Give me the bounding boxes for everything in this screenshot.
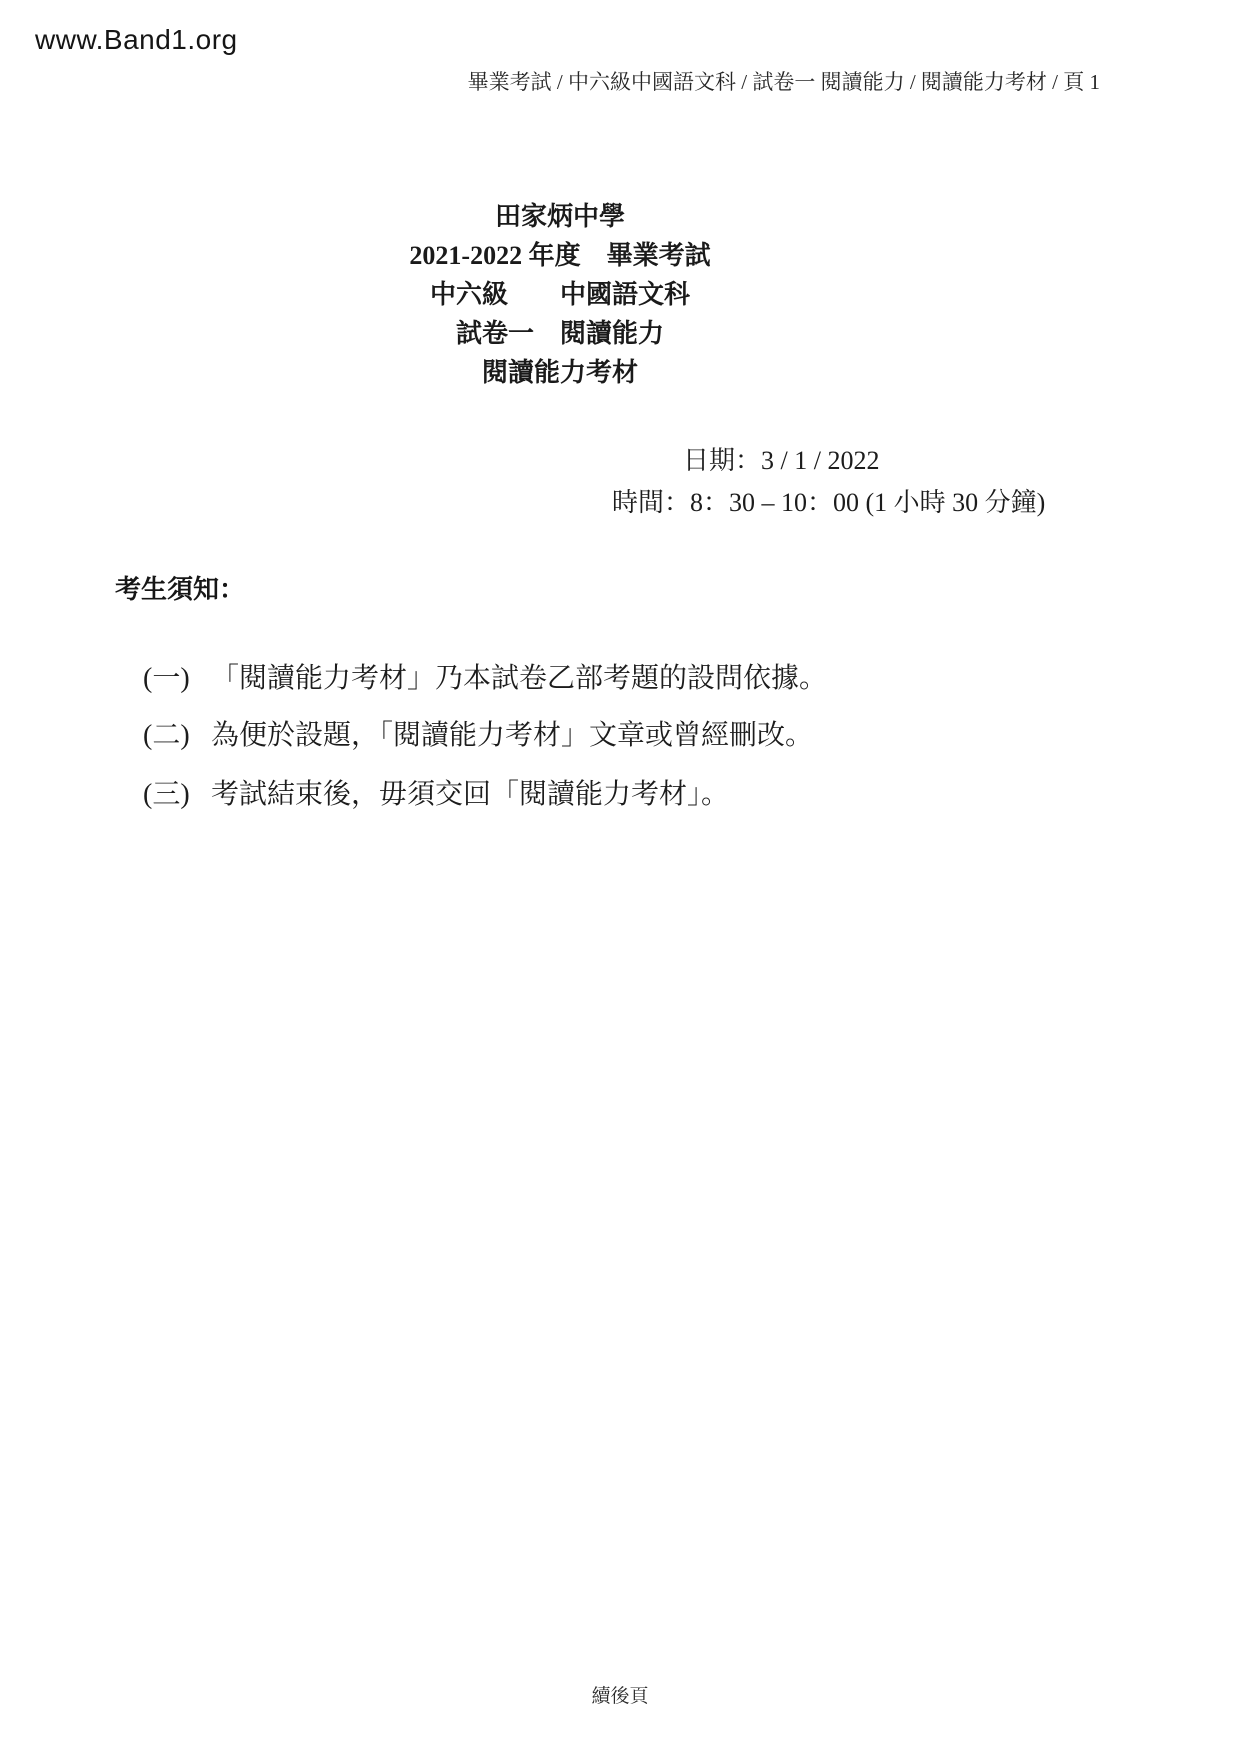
notice-item-3-text: 考試結束後，毋須交回「閱讀能力考材」。	[211, 779, 729, 810]
exam-date: 日期：3 / 1 / 2022	[683, 440, 879, 477]
year-and-exam: 2021-2022 年度 畢業考試	[115, 236, 1005, 275]
material-title: 閱讀能力考材	[115, 353, 1005, 392]
title-block: 田家炳中學 2021-2022 年度 畢業考試 中六級 中國語文科 試卷一 閱讀…	[115, 197, 1005, 392]
exam-time: 時間：8：30 – 10：00 (1 小時 30 分鐘)	[612, 482, 1045, 519]
school-name: 田家炳中學	[115, 197, 1005, 236]
running-header: 畢業考試 / 中六級中國語文科 / 試卷一 閱讀能力 / 閱讀能力考材 / 頁 …	[468, 66, 1100, 96]
exam-cover-page: www.Band1.org 畢業考試 / 中六級中國語文科 / 試卷一 閱讀能力…	[0, 0, 1240, 1754]
notice-item-3-marker: (三)	[143, 772, 211, 812]
notice-item-3: (三)考試結束後，毋須交回「閱讀能力考材」。	[115, 740, 729, 844]
site-watermark: www.Band1.org	[35, 24, 238, 56]
paper-title: 試卷一 閱讀能力	[115, 314, 1005, 353]
continued-footer: 續後頁	[0, 1681, 1240, 1708]
candidate-notice-heading: 考生須知：	[115, 569, 245, 606]
level-and-subject: 中六級 中國語文科	[115, 275, 1005, 314]
